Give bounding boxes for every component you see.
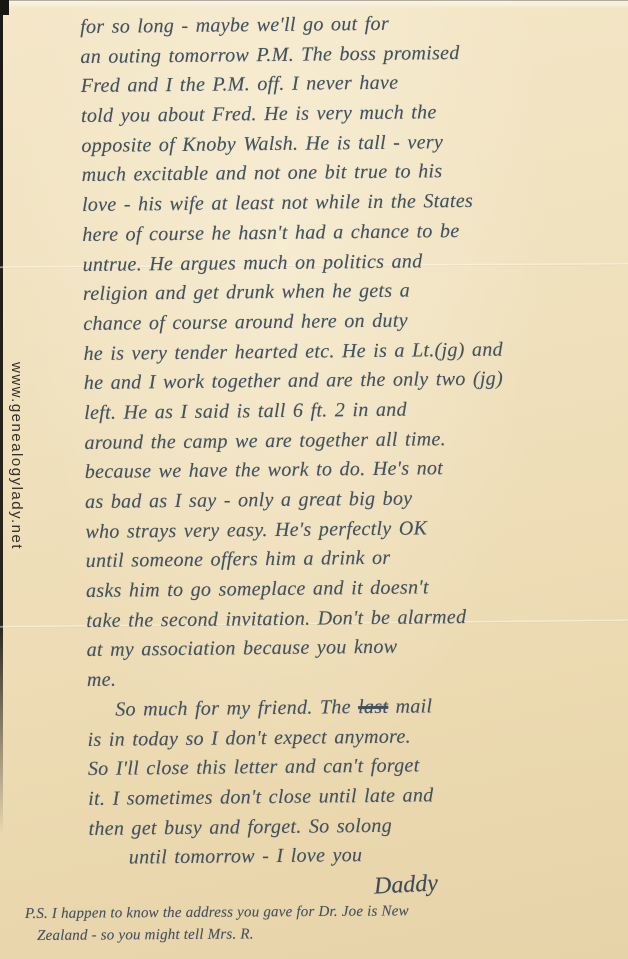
letter-page: www.genealogylady.net for so long - mayb… (0, 0, 628, 959)
scan-left-edge (0, 0, 3, 835)
line-text: mail (388, 695, 432, 717)
letter-body: for so long - maybe we'll go out for an … (80, 7, 625, 874)
ps-line: Zealand - so you might tell Mrs. R. (37, 921, 605, 947)
postscript: P.S. I happen to know the address you ga… (25, 899, 605, 947)
watermark: www.genealogylady.net (8, 362, 25, 550)
scan-corner-notch (0, 0, 9, 15)
letter-line: until tomorrow - I love you (129, 839, 625, 874)
line-text: So much for my friend. The (115, 696, 358, 721)
signature: Daddy (373, 870, 438, 900)
struck-word: last (358, 696, 388, 718)
scan-top-edge (0, 0, 628, 8)
